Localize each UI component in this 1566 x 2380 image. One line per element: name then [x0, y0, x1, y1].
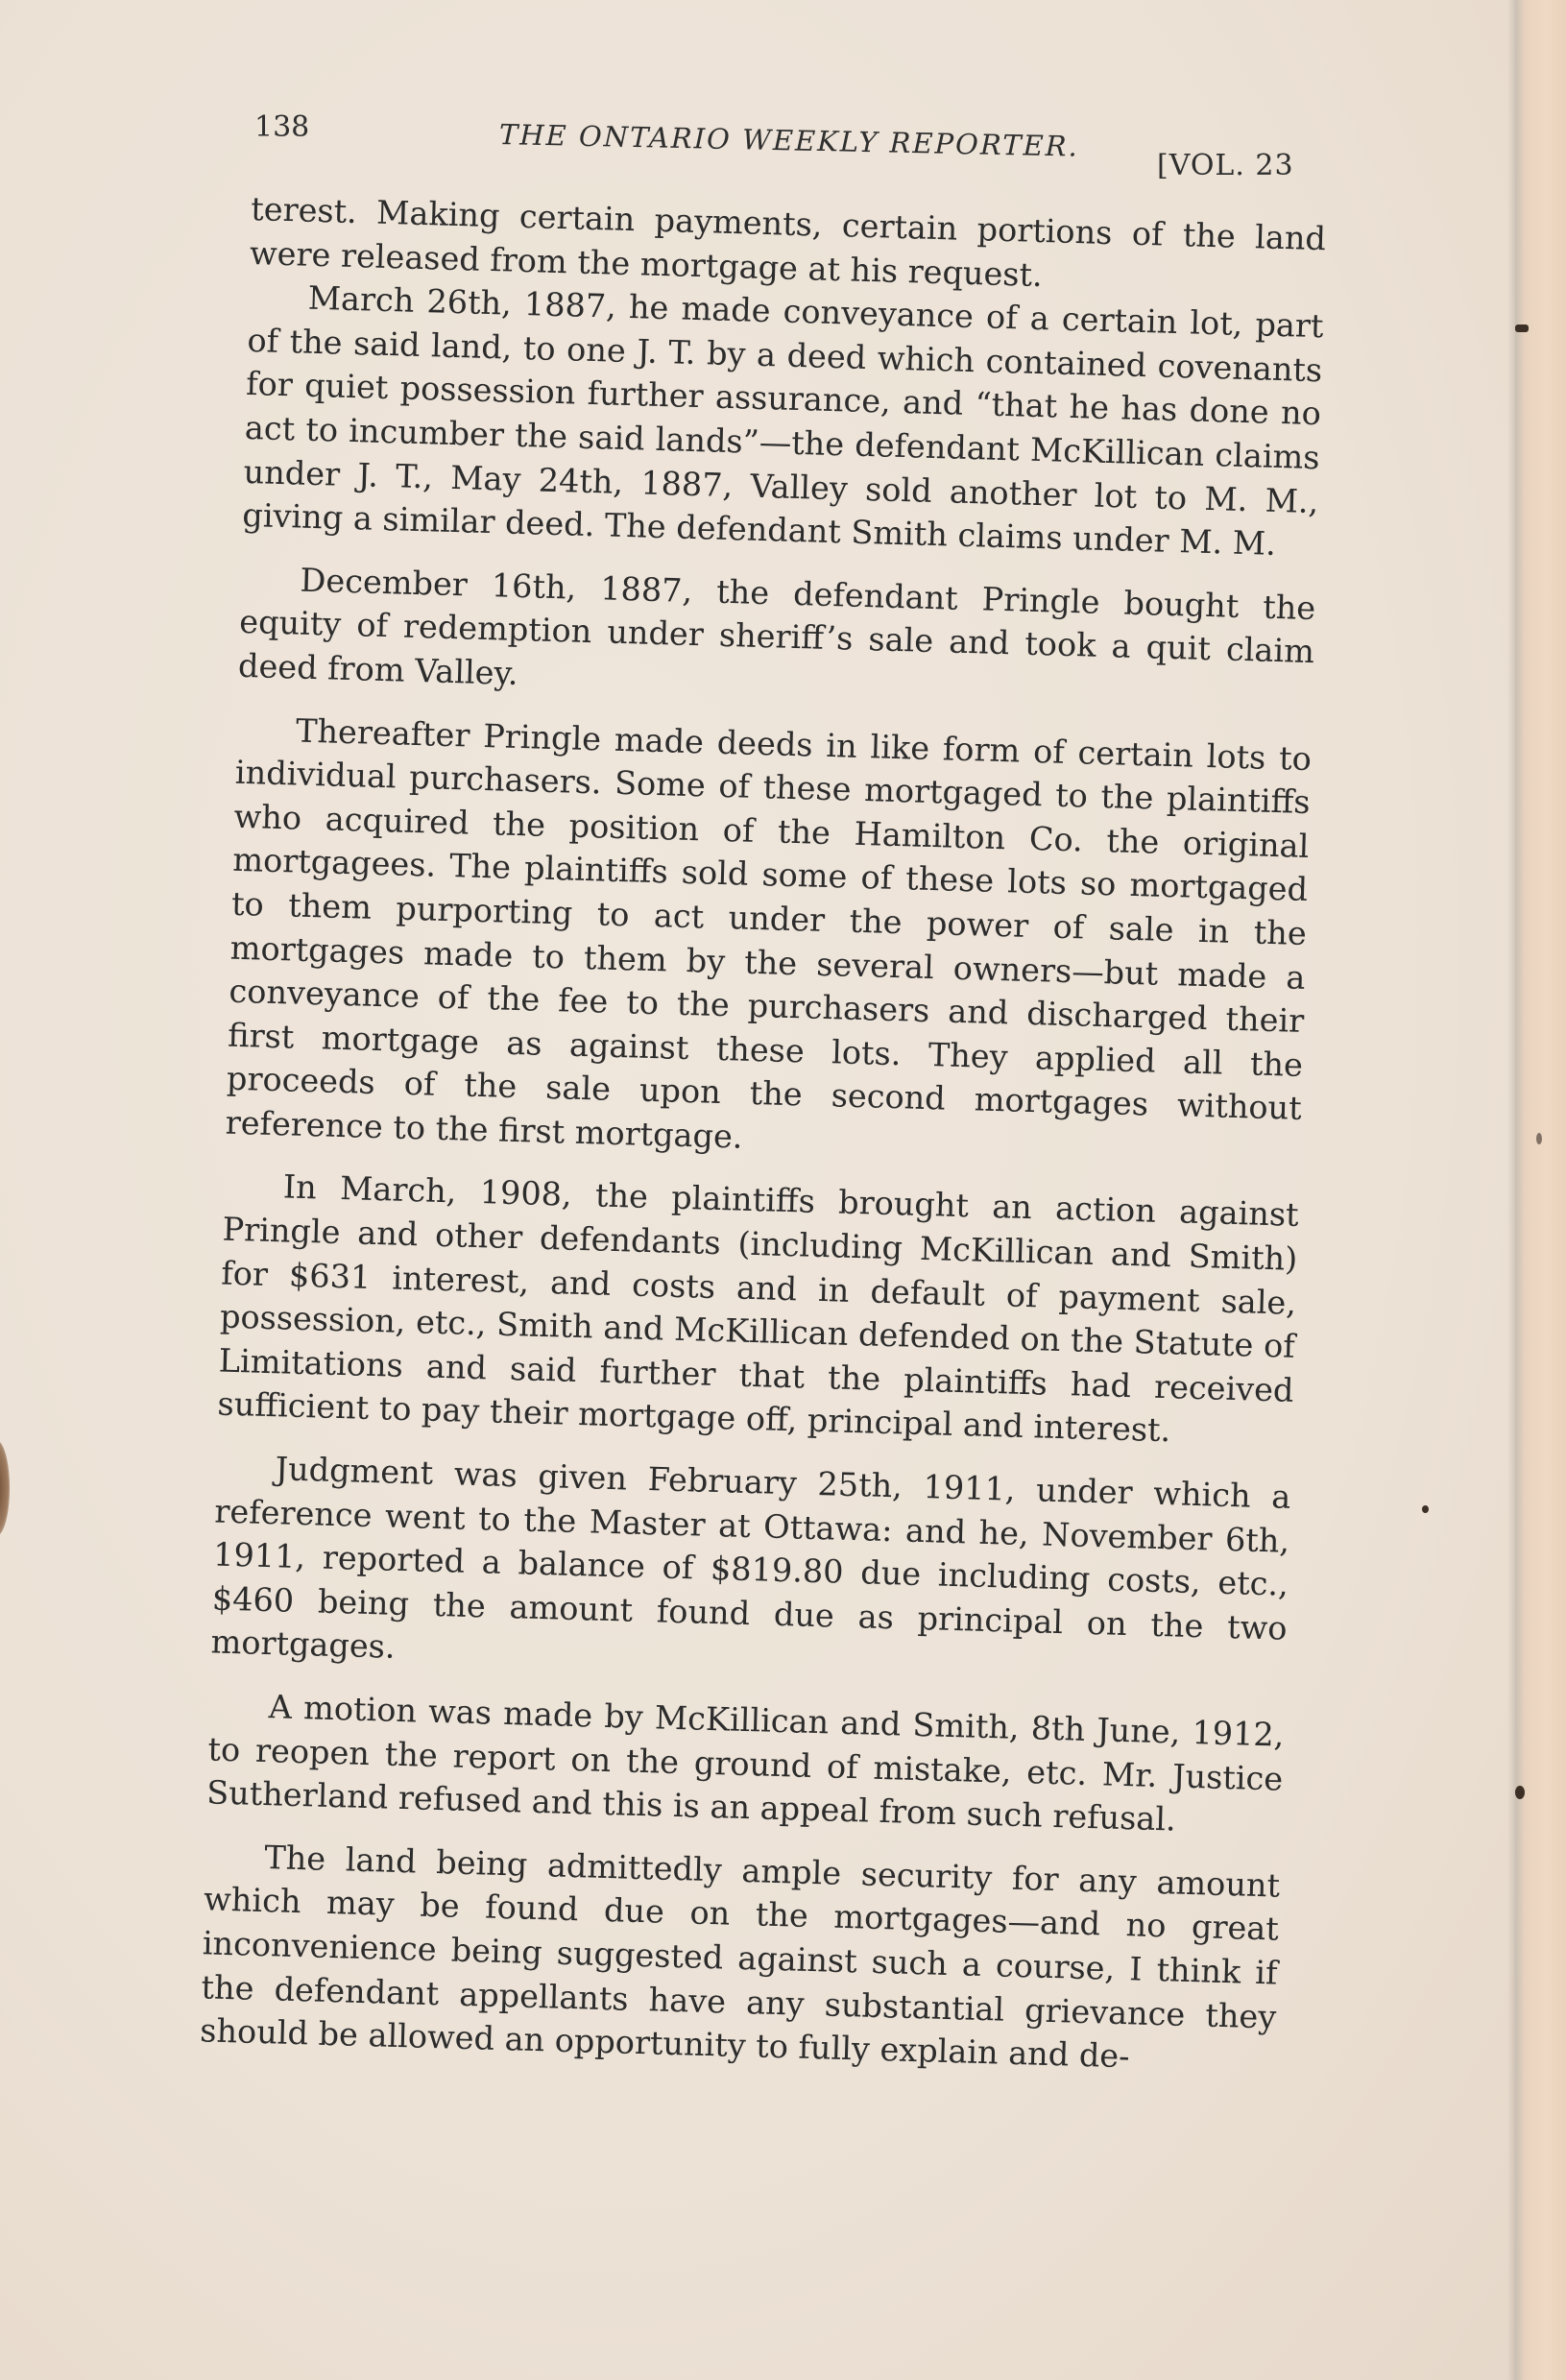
paragraph: March 26th, 1887, he made conveyance of …: [242, 275, 1324, 567]
ink-speck: [1515, 1786, 1525, 1799]
paragraph: Judgment was given February 25th, 1911, …: [210, 1446, 1291, 1695]
adjacent-page-edge: [1515, 0, 1566, 2380]
ink-speck: [1515, 325, 1529, 332]
ink-speck: [1536, 1133, 1542, 1144]
paragraph: The land being admittedly ample security…: [200, 1834, 1281, 2082]
paragraph: Thereafter Pringle made deeds in like fo…: [225, 707, 1312, 1174]
ink-speck: [1422, 1505, 1429, 1513]
page-number: 138: [254, 110, 309, 144]
body-text: terest. Making certain payments, certain…: [200, 187, 1327, 2082]
paragraph: December 16th, 1887, the defendant Pring…: [237, 557, 1315, 718]
running-title: THE ONTARIO WEEKLY REPORTER.: [499, 118, 1080, 163]
paragraph: A motion was made by McKillican and Smit…: [206, 1683, 1285, 1844]
paragraph: In March, 1908, the plaintiffs brought a…: [217, 1164, 1299, 1456]
page-header: 138 THE ONTARIO WEEKLY REPORTER. [VOL. 2…: [254, 110, 1335, 168]
volume-label: [VOL. 23: [1157, 149, 1294, 182]
